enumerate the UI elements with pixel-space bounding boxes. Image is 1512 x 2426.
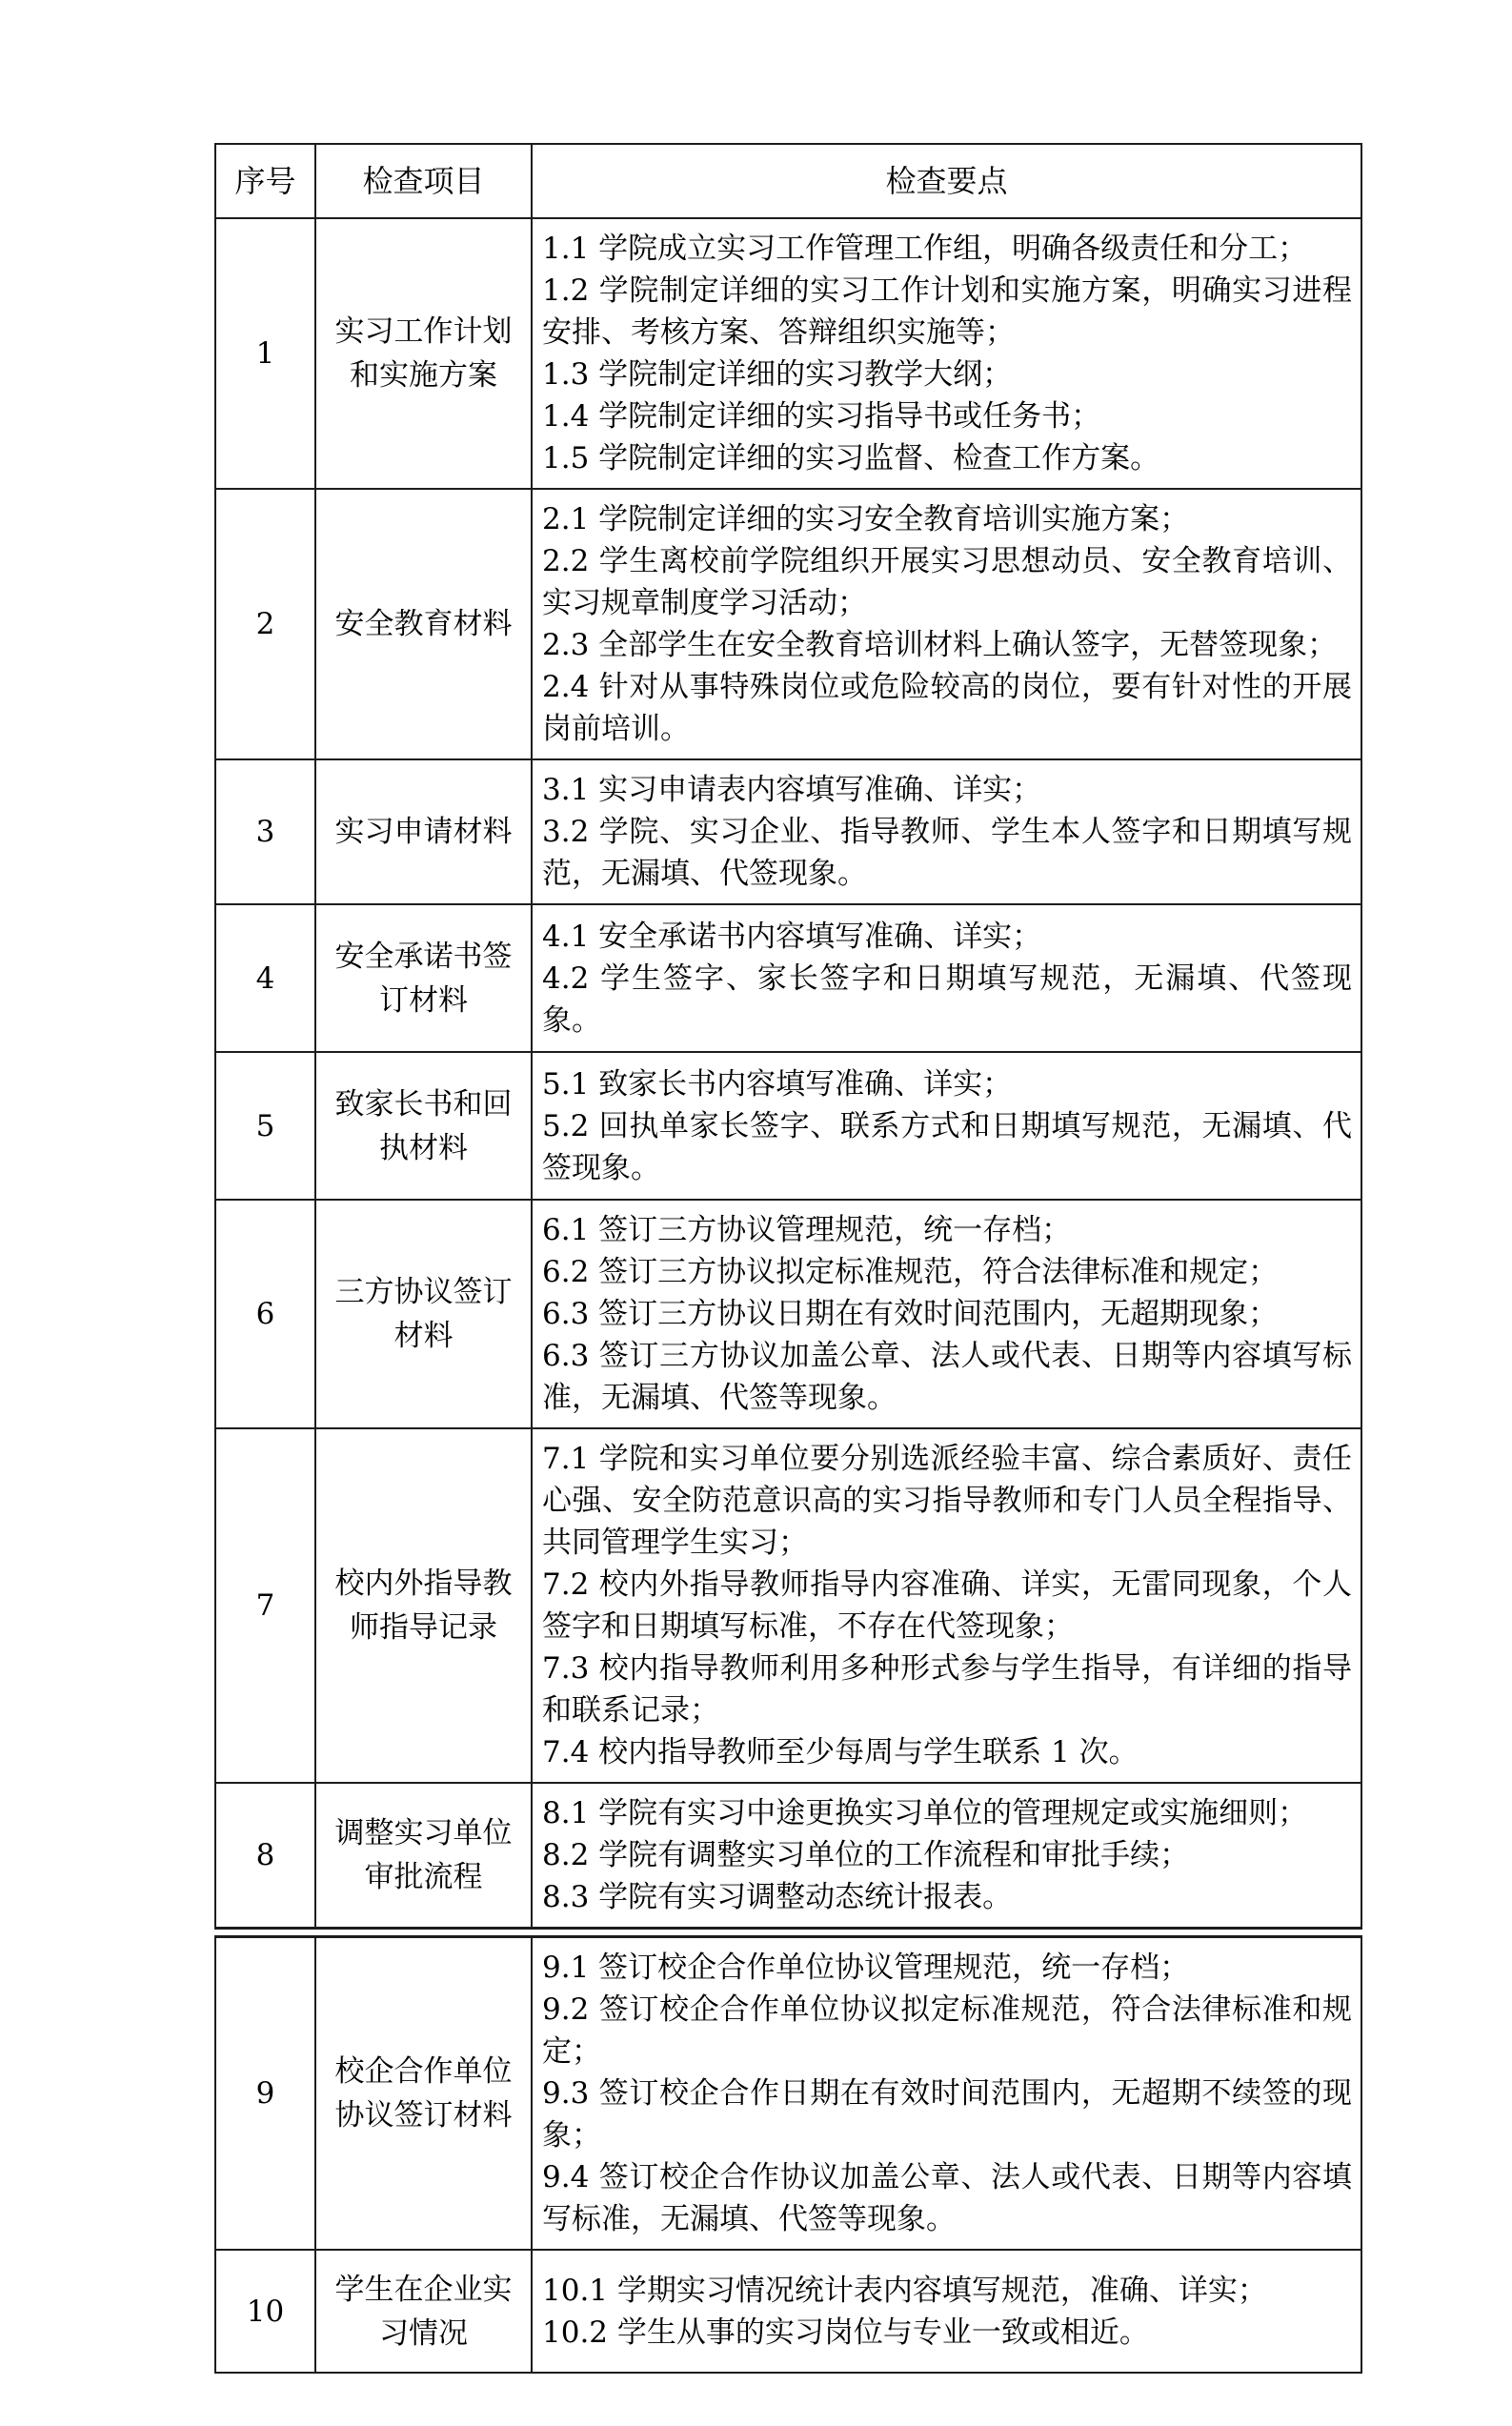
check-item: 校企合作单位协议签订材料 <box>315 1937 532 2251</box>
check-point: 1.4 学院制定详细的实习指导书或任务书； <box>542 395 1352 437</box>
inspection-table-part-2: 9 校企合作单位协议签订材料 9.1 签订校企合作单位协议管理规范，统一存档； … <box>214 1935 1362 2374</box>
table-row: 6 三方协议签订材料 6.1 签订三方协议管理规范，统一存档； 6.2 签订三方… <box>215 1200 1361 1428</box>
check-point: 5.2 回执单家长签字、联系方式和日期填写规范，无漏填、代签现象。 <box>542 1105 1352 1189</box>
check-item: 实习工作计划和实施方案 <box>315 218 532 489</box>
check-point: 8.3 学院有实习调整动态统计报表。 <box>542 1876 1352 1918</box>
check-point: 8.2 学院有调整实习单位的工作流程和审批手续； <box>542 1834 1352 1876</box>
table-header-row: 序号 检查项目 检查要点 <box>215 144 1361 218</box>
row-number: 4 <box>215 904 315 1052</box>
check-points-cell: 4.1 安全承诺书内容填写准确、详实； 4.2 学生签字、家长签字和日期填写规范… <box>532 904 1361 1052</box>
check-point: 9.2 签订校企合作单位协议拟定标准规范，符合法律标准和规定； <box>542 1989 1352 2072</box>
check-point: 1.2 学院制定详细的实习工作计划和实施方案，明确实习进程安排、考核方案、答辩组… <box>542 270 1352 354</box>
header-cell-number: 序号 <box>215 144 315 218</box>
check-point: 3.2 学院、实习企业、指导教师、学生本人签字和日期填写规范，无漏填、代签现象。 <box>542 811 1352 895</box>
row-number: 5 <box>215 1052 315 1200</box>
check-points-cell: 5.1 致家长书内容填写准确、详实； 5.2 回执单家长签字、联系方式和日期填写… <box>532 1052 1361 1200</box>
row-number: 1 <box>215 218 315 489</box>
check-point: 7.3 校内指导教师利用多种形式参与学生指导，有详细的指导和联系记录； <box>542 1648 1352 1731</box>
check-point: 1.1 学院成立实习工作管理工作组，明确各级责任和分工； <box>542 228 1352 270</box>
check-points-cell: 6.1 签订三方协议管理规范，统一存档； 6.2 签订三方协议拟定标准规范，符合… <box>532 1200 1361 1428</box>
check-point: 9.1 签订校企合作单位协议管理规范，统一存档； <box>542 1947 1352 1989</box>
check-points-cell: 1.1 学院成立实习工作管理工作组，明确各级责任和分工； 1.2 学院制定详细的… <box>532 218 1361 489</box>
check-points-cell: 10.1 学期实习情况统计表内容填写规范，准确、详实； 10.2 学生从事的实习… <box>532 2250 1361 2373</box>
check-point: 9.4 签订校企合作协议加盖公章、法人或代表、日期等内容填写标准，无漏填、代签等… <box>542 2156 1352 2240</box>
check-point: 2.1 学院制定详细的实习安全教育培训实施方案； <box>542 498 1352 540</box>
check-points-cell: 2.1 学院制定详细的实习安全教育培训实施方案； 2.2 学生离校前学院组织开展… <box>532 489 1361 759</box>
table-row: 1 实习工作计划和实施方案 1.1 学院成立实习工作管理工作组，明确各级责任和分… <box>215 218 1361 489</box>
check-point: 6.3 签订三方协议加盖公章、法人或代表、日期等内容填写标准，无漏填、代签等现象… <box>542 1335 1352 1419</box>
check-point: 4.2 学生签字、家长签字和日期填写规范，无漏填、代签现象。 <box>542 958 1352 1041</box>
check-point: 8.1 学院有实习中途更换实习单位的管理规定或实施细则； <box>542 1792 1352 1834</box>
row-number: 10 <box>215 2250 315 2373</box>
check-point: 7.2 校内外指导教师指导内容准确、详实，无雷同现象，个人签字和日期填写标准，不… <box>542 1564 1352 1648</box>
check-point: 7.4 校内指导教师至少每周与学生联系 1 次。 <box>542 1731 1352 1773</box>
header-cell-check-points: 检查要点 <box>532 144 1361 218</box>
check-points-cell: 3.1 实习申请表内容填写准确、详实； 3.2 学院、实习企业、指导教师、学生本… <box>532 759 1361 904</box>
table-row: 9 校企合作单位协议签订材料 9.1 签订校企合作单位协议管理规范，统一存档； … <box>215 1937 1361 2251</box>
inspection-table-part-1: 序号 检查项目 检查要点 1 实习工作计划和实施方案 1.1 学院成立实习工作管… <box>214 143 1362 1930</box>
row-number: 9 <box>215 1937 315 2251</box>
check-point: 2.4 针对从事特殊岗位或危险较高的岗位，要有针对性的开展岗前培训。 <box>542 666 1352 750</box>
check-point: 6.2 签订三方协议拟定标准规范，符合法律标准和规定； <box>542 1251 1352 1293</box>
check-point: 2.3 全部学生在安全教育培训材料上确认签字，无替签现象； <box>542 624 1352 666</box>
check-point: 3.1 实习申请表内容填写准确、详实； <box>542 769 1352 811</box>
check-points-cell: 7.1 学院和实习单位要分别选派经验丰富、综合素质好、责任心强、安全防范意识高的… <box>532 1428 1361 1783</box>
row-number: 8 <box>215 1783 315 1929</box>
table-row: 5 致家长书和回执材料 5.1 致家长书内容填写准确、详实； 5.2 回执单家长… <box>215 1052 1361 1200</box>
check-item: 学生在企业实习情况 <box>315 2250 532 2373</box>
check-point: 6.3 签订三方协议日期在有效时间范围内，无超期现象； <box>542 1293 1352 1335</box>
check-item: 实习申请材料 <box>315 759 532 904</box>
check-point: 1.3 学院制定详细的实习教学大纲； <box>542 354 1352 395</box>
check-point: 1.5 学院制定详细的实习监督、检查工作方案。 <box>542 437 1352 479</box>
table-row: 7 校内外指导教师指导记录 7.1 学院和实习单位要分别选派经验丰富、综合素质好… <box>215 1428 1361 1783</box>
table-row: 2 安全教育材料 2.1 学院制定详细的实习安全教育培训实施方案； 2.2 学生… <box>215 489 1361 759</box>
inspection-checklist: 序号 检查项目 检查要点 1 实习工作计划和实施方案 1.1 学院成立实习工作管… <box>214 143 1361 2374</box>
header-cell-check-item: 检查项目 <box>315 144 532 218</box>
table-row: 8 调整实习单位审批流程 8.1 学院有实习中途更换实习单位的管理规定或实施细则… <box>215 1783 1361 1929</box>
row-number: 2 <box>215 489 315 759</box>
check-points-cell: 8.1 学院有实习中途更换实习单位的管理规定或实施细则； 8.2 学院有调整实习… <box>532 1783 1361 1929</box>
row-number: 6 <box>215 1200 315 1428</box>
check-item: 调整实习单位审批流程 <box>315 1783 532 1929</box>
check-item: 安全承诺书签订材料 <box>315 904 532 1052</box>
table-row: 10 学生在企业实习情况 10.1 学期实习情况统计表内容填写规范，准确、详实；… <box>215 2250 1361 2373</box>
check-item: 致家长书和回执材料 <box>315 1052 532 1200</box>
check-point: 7.1 学院和实习单位要分别选派经验丰富、综合素质好、责任心强、安全防范意识高的… <box>542 1438 1352 1564</box>
check-point: 2.2 学生离校前学院组织开展实习思想动员、安全教育培训、实习规章制度学习活动； <box>542 540 1352 624</box>
check-points-cell: 9.1 签订校企合作单位协议管理规范，统一存档； 9.2 签订校企合作单位协议拟… <box>532 1937 1361 2251</box>
check-item: 校内外指导教师指导记录 <box>315 1428 532 1783</box>
check-point: 4.1 安全承诺书内容填写准确、详实； <box>542 916 1352 958</box>
table-row: 4 安全承诺书签订材料 4.1 安全承诺书内容填写准确、详实； 4.2 学生签字… <box>215 904 1361 1052</box>
check-item: 安全教育材料 <box>315 489 532 759</box>
document-page: { "table": { "headers": { "num": "序号", "… <box>0 0 1512 2426</box>
check-point: 10.1 学期实习情况统计表内容填写规范，准确、详实； <box>542 2270 1352 2312</box>
check-point: 9.3 签订校企合作日期在有效时间范围内，无超期不续签的现象； <box>542 2072 1352 2156</box>
check-point: 6.1 签订三方协议管理规范，统一存档； <box>542 1209 1352 1251</box>
check-point: 5.1 致家长书内容填写准确、详实； <box>542 1063 1352 1105</box>
row-number: 7 <box>215 1428 315 1783</box>
check-point: 10.2 学生从事的实习岗位与专业一致或相近。 <box>542 2312 1352 2354</box>
table-row: 3 实习申请材料 3.1 实习申请表内容填写准确、详实； 3.2 学院、实习企业… <box>215 759 1361 904</box>
row-number: 3 <box>215 759 315 904</box>
check-item: 三方协议签订材料 <box>315 1200 532 1428</box>
